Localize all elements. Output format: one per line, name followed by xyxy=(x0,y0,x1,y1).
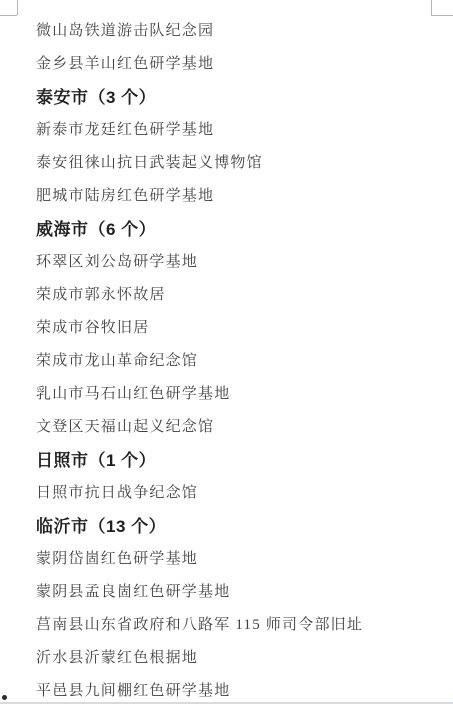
list-item: 文登区天福山起义纪念馆 xyxy=(36,409,443,442)
list-item: 微山岛铁道游击队纪念园 xyxy=(36,13,443,46)
list-item: 乳山市马石山红色研学基地 xyxy=(36,376,443,409)
crop-mark-vertical-line xyxy=(17,0,18,15)
list-item: 沂水县沂蒙红色根据地 xyxy=(36,640,443,673)
content-bottom-border xyxy=(0,702,453,704)
list-item: 环翠区刘公岛研学基地 xyxy=(36,244,443,277)
stray-dot xyxy=(2,695,7,700)
list-item: 日照市抗日战争纪念馆 xyxy=(36,475,443,508)
section-header: 威海市（6 个） xyxy=(36,211,443,244)
list-item: 蒙阴县孟良崮红色研学基地 xyxy=(36,574,443,607)
document-page: 微山岛铁道游击队纪念园金乡县羊山红色研学基地泰安市（3 个）新泰市龙廷红色研学基… xyxy=(36,13,443,706)
section-header: 临沂市（13 个） xyxy=(36,508,443,541)
list-item: 荣成市郭永怀故居 xyxy=(36,277,443,310)
list-item: 莒南县山东省政府和八路军 115 师司令部旧址 xyxy=(36,607,443,640)
list-item: 荣成市谷牧旧居 xyxy=(36,310,443,343)
list-item: 荣成市龙山革命纪念馆 xyxy=(36,343,443,376)
list-item: 肥城市陆房红色研学基地 xyxy=(36,178,443,211)
section-header: 泰安市（3 个） xyxy=(36,79,443,112)
list-item: 新泰市龙廷红色研学基地 xyxy=(36,112,443,145)
list-item: 蒙阴岱崮红色研学基地 xyxy=(36,541,443,574)
crop-mark-horizontal-line xyxy=(0,15,17,16)
list-item: 金乡县羊山红色研学基地 xyxy=(36,46,443,79)
list-item: 泰安徂徕山抗日武装起义博物馆 xyxy=(36,145,443,178)
section-header: 日照市（1 个） xyxy=(36,442,443,475)
